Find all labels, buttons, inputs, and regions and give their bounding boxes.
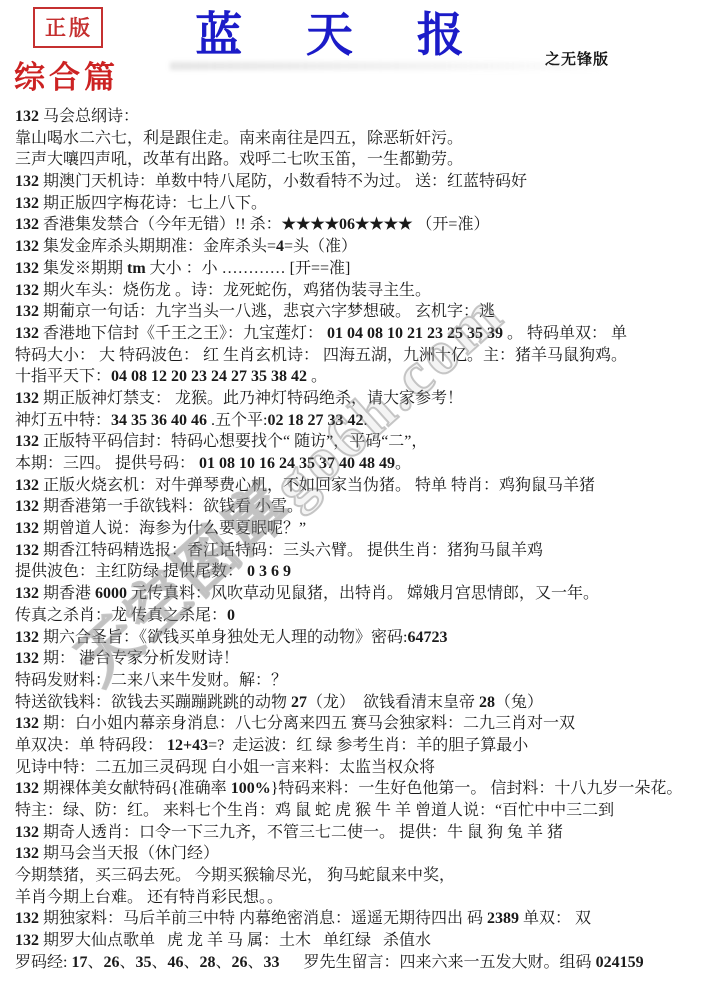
text-line: 神灯五中特：34 35 36 40 46 .五个平:02 18 27 33 42… xyxy=(15,410,705,432)
text-line: 132 期罗大仙点歌单 虎 龙 羊 马 属：土木 单红绿 杀值水 xyxy=(15,930,705,952)
text-line: 132 集发※期期 tm 大小 ：小 ………… [开==准] xyxy=(15,258,705,280)
text-line: 132 期葡京一句话：九字当头一八逃，悲哀六字梦想破。 玄机字：逃 xyxy=(15,301,705,323)
text-line: 今期禁猪，买三码去死。 今期买猴输尽光， 狗马蛇鼠来中奖， xyxy=(15,865,705,887)
text-line: 靠山喝水二六七，利是跟住走。南来南往是四五，除恶斩奸污。 xyxy=(15,128,705,150)
text-line: 132 香港集发禁合（今年无错）!! 杀：★★★★06★★★★ （开=准） xyxy=(15,214,705,236)
text-line: 132 马会总纲诗： xyxy=(15,106,705,128)
text-line: 132 期香港 6000 元传真料：风吹草动见鼠猪，出特肖。 嫦娥月宫思情郎，又… xyxy=(15,583,705,605)
text-line: 特主：绿、防：红。 来料七个生肖：鸡 鼠 蛇 虎 猴 牛 羊 曾道人说：“百忙中… xyxy=(15,800,705,822)
text-line: 132 香港地下信封《千王之王》：九宝莲灯： 01 04 08 10 21 23… xyxy=(15,323,705,345)
text-line: 132 正版特平码信封：特码心想要找个“ 随访”，平码“二”， xyxy=(15,431,705,453)
text-line: 见诗中特：二五加三灵码现 白小姐一言来料：太监当权众将 xyxy=(15,757,705,779)
text-line: 罗码经: 17、26、35、46、28、26、33 罗先生留言：四来六来一五发大… xyxy=(15,952,705,974)
text-line: 132 期正版神灯禁支： 龙猴。此乃神灯特码绝杀，请大家参考！ xyxy=(15,388,705,410)
text-line: 132 期正版四字梅花诗：七上八下。 xyxy=(15,193,705,215)
text-line: 本期：三四。 提供号码： 01 08 10 16 24 35 37 40 48 … xyxy=(15,453,705,475)
text-line: 羊肖今期上台难。 还有特肖彩民想。。 xyxy=(15,887,705,909)
newspaper-page: 正版 蓝 天 报 之无锋版 综合篇 132 马会总纲诗：靠山喝水二六七，利是跟住… xyxy=(0,0,713,997)
text-line: 132 期香港第一手欲钱料：欲钱看 小雪。 xyxy=(15,496,705,518)
text-line: 132 期香江特码精选报：香江话特码：三头六臂。 提供生肖：猪狗马鼠羊鸡 xyxy=(15,540,705,562)
text-line: 三声大嚷四声吼，改革有出路。戏呼二七吹玉笛，一生都勤劳。 xyxy=(15,149,705,171)
text-line: 132 期六合圣旨：《欲钱买单身独处无人理的动物》密码:64723 xyxy=(15,627,705,649)
text-line: 132 期马会当天报（休门经） xyxy=(15,843,705,865)
text-line: 132 期火车头：烧伤龙 。诗：龙死蛇伤，鸡猪伪装寻主生。 xyxy=(15,280,705,302)
text-line: 132 期奇人透肖：口令一下三九齐，不管三七二使一。 提供：牛 鼠 狗 兔 羊 … xyxy=(15,822,705,844)
text-line: 132 期： 港台专家分析发财诗！ xyxy=(15,648,705,670)
text-line: 132 期曾道人说：海参为什么要夏眠呢？” xyxy=(15,518,705,540)
section-title: 综合篇 xyxy=(14,52,119,97)
text-line: 132 期澳门天机诗：单数中特八尾防，小数看特不为过。 送：红蓝特码好 xyxy=(15,171,705,193)
text-line: 132 正版火烧玄机：对牛弹琴费心机，不如回家当伪猪。 特单 特肖：鸡狗鼠马羊猪 xyxy=(15,475,705,497)
text-line: 132 期：白小姐内幕亲身消息：八七分离来四五 赛马会独家料：二九三肖对一双 xyxy=(15,713,705,735)
text-line: 单双决：单 特码段： 12+43=? 走运波：红 绿 参考生肖：羊的胆子算最小 xyxy=(15,735,705,757)
text-line: 特码发财料：二来八来牛发财。解：？ xyxy=(15,670,705,692)
text-line: 132 期独家料：马后羊前三中特 内幕绝密消息：遥遥无期待四出 码 2389 单… xyxy=(15,908,705,930)
text-line: 132 期裸体美女献特码{准确率 100%}特码来料：一生好色他第一。 信封料：… xyxy=(15,778,705,800)
text-line: 十指平天下：04 08 12 20 23 24 27 35 38 42 。 xyxy=(15,366,705,388)
text-line: 132 集发金库杀头期期准：金库杀头=4=头（准） xyxy=(15,236,705,258)
tips-text-block: 132 马会总纲诗：靠山喝水二六七，利是跟住走。南来南往是四五，除恶斩奸污。三声… xyxy=(15,106,705,974)
text-line: 传真之杀肖：龙 传真之杀尾：0 xyxy=(15,605,705,627)
text-line: 特送欲钱料：欲钱去买蹦蹦跳跳的动物 27（龙） 欲钱看清末皇帝 28（兔） xyxy=(15,692,705,714)
text-line: 特码大小： 大 特码波色： 红 生肖玄机诗： 四海五湖，九洲十亿。主：猪羊马鼠狗… xyxy=(15,345,705,367)
text-line: 提供波色：主红防绿 提供尾数： 0 3 6 9 xyxy=(15,561,705,583)
scan-smudge-artifact xyxy=(170,62,600,70)
